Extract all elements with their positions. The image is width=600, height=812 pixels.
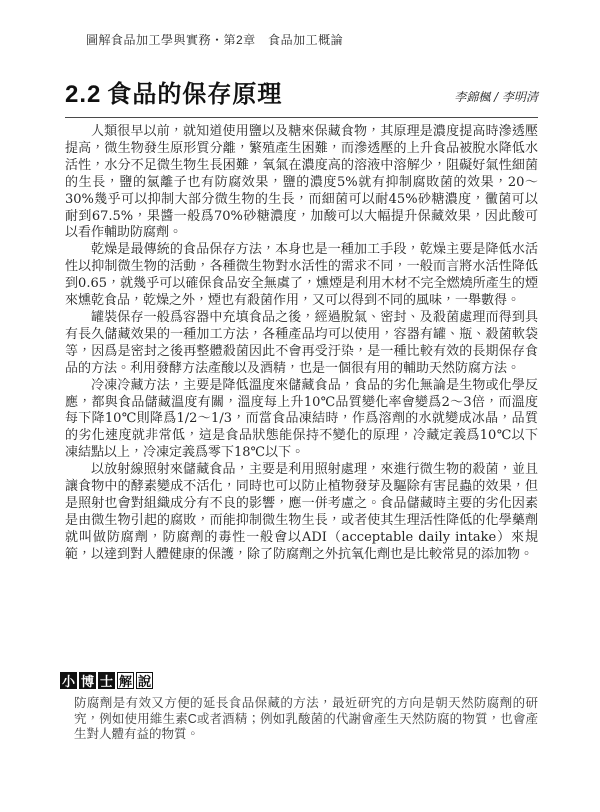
doctor-note: 小 博 士 解 說 防腐劑是有效又方便的延長食品保藏的方法，最近研究的方向是朝天… (60, 672, 538, 743)
doctor-note-text: 防腐劑是有效又方便的延長食品保藏的方法，最近研究的方向是朝天然防腐劑的研究，例如… (60, 696, 538, 743)
section-number: 2.2 (65, 81, 101, 108)
page-title: 2.2食品的保存原理 (65, 82, 282, 108)
body-paragraph: 罐裝保存一般爲容器中充填食品之後，經過脫氣、密封、及殺菌處理而得到具有長久儲藏效… (65, 310, 538, 378)
authors: 李錦楓 / 李明清 (454, 88, 538, 108)
note-label-char: 博 (79, 672, 96, 689)
note-label-char: 士 (98, 672, 115, 689)
body-paragraph: 乾燥是最傳統的食品保存方法，本身也是一種加工手段，乾燥主要是降低水活性以抑制微生… (65, 242, 538, 310)
body-paragraph: 以放射線照射來儲藏食品，主要是利用照射處理，來進行微生物的殺菌，並且讓食物中的酵… (65, 462, 538, 563)
book-page: 圖解食品加工學與實務・第2章 食品加工概論 2.2食品的保存原理 李錦楓 / 李… (0, 0, 600, 812)
title-divider (65, 117, 538, 118)
body-paragraph: 冷凍冷藏方法，主要是降低溫度來儲藏食品，食品的劣化無論是生物或化學反應，都與食品… (65, 378, 538, 463)
note-label-char: 解 (117, 672, 134, 689)
doctor-note-label: 小 博 士 解 說 (60, 672, 538, 689)
body-paragraph: 人類很早以前，就知道使用鹽以及糖來保藏食物，其原理是濃度提高時滲透壓提高，微生物… (65, 124, 538, 242)
body-text: 人類很早以前，就知道使用鹽以及糖來保藏食物，其原理是濃度提高時滲透壓提高，微生物… (65, 124, 538, 564)
running-head: 圖解食品加工學與實務・第2章 食品加工概論 (86, 31, 343, 48)
section-title-row: 2.2食品的保存原理 李錦楓 / 李明清 (65, 82, 538, 108)
note-label-char: 說 (136, 672, 153, 689)
note-label-char: 小 (60, 672, 77, 689)
section-title-text: 食品的保存原理 (107, 81, 282, 108)
